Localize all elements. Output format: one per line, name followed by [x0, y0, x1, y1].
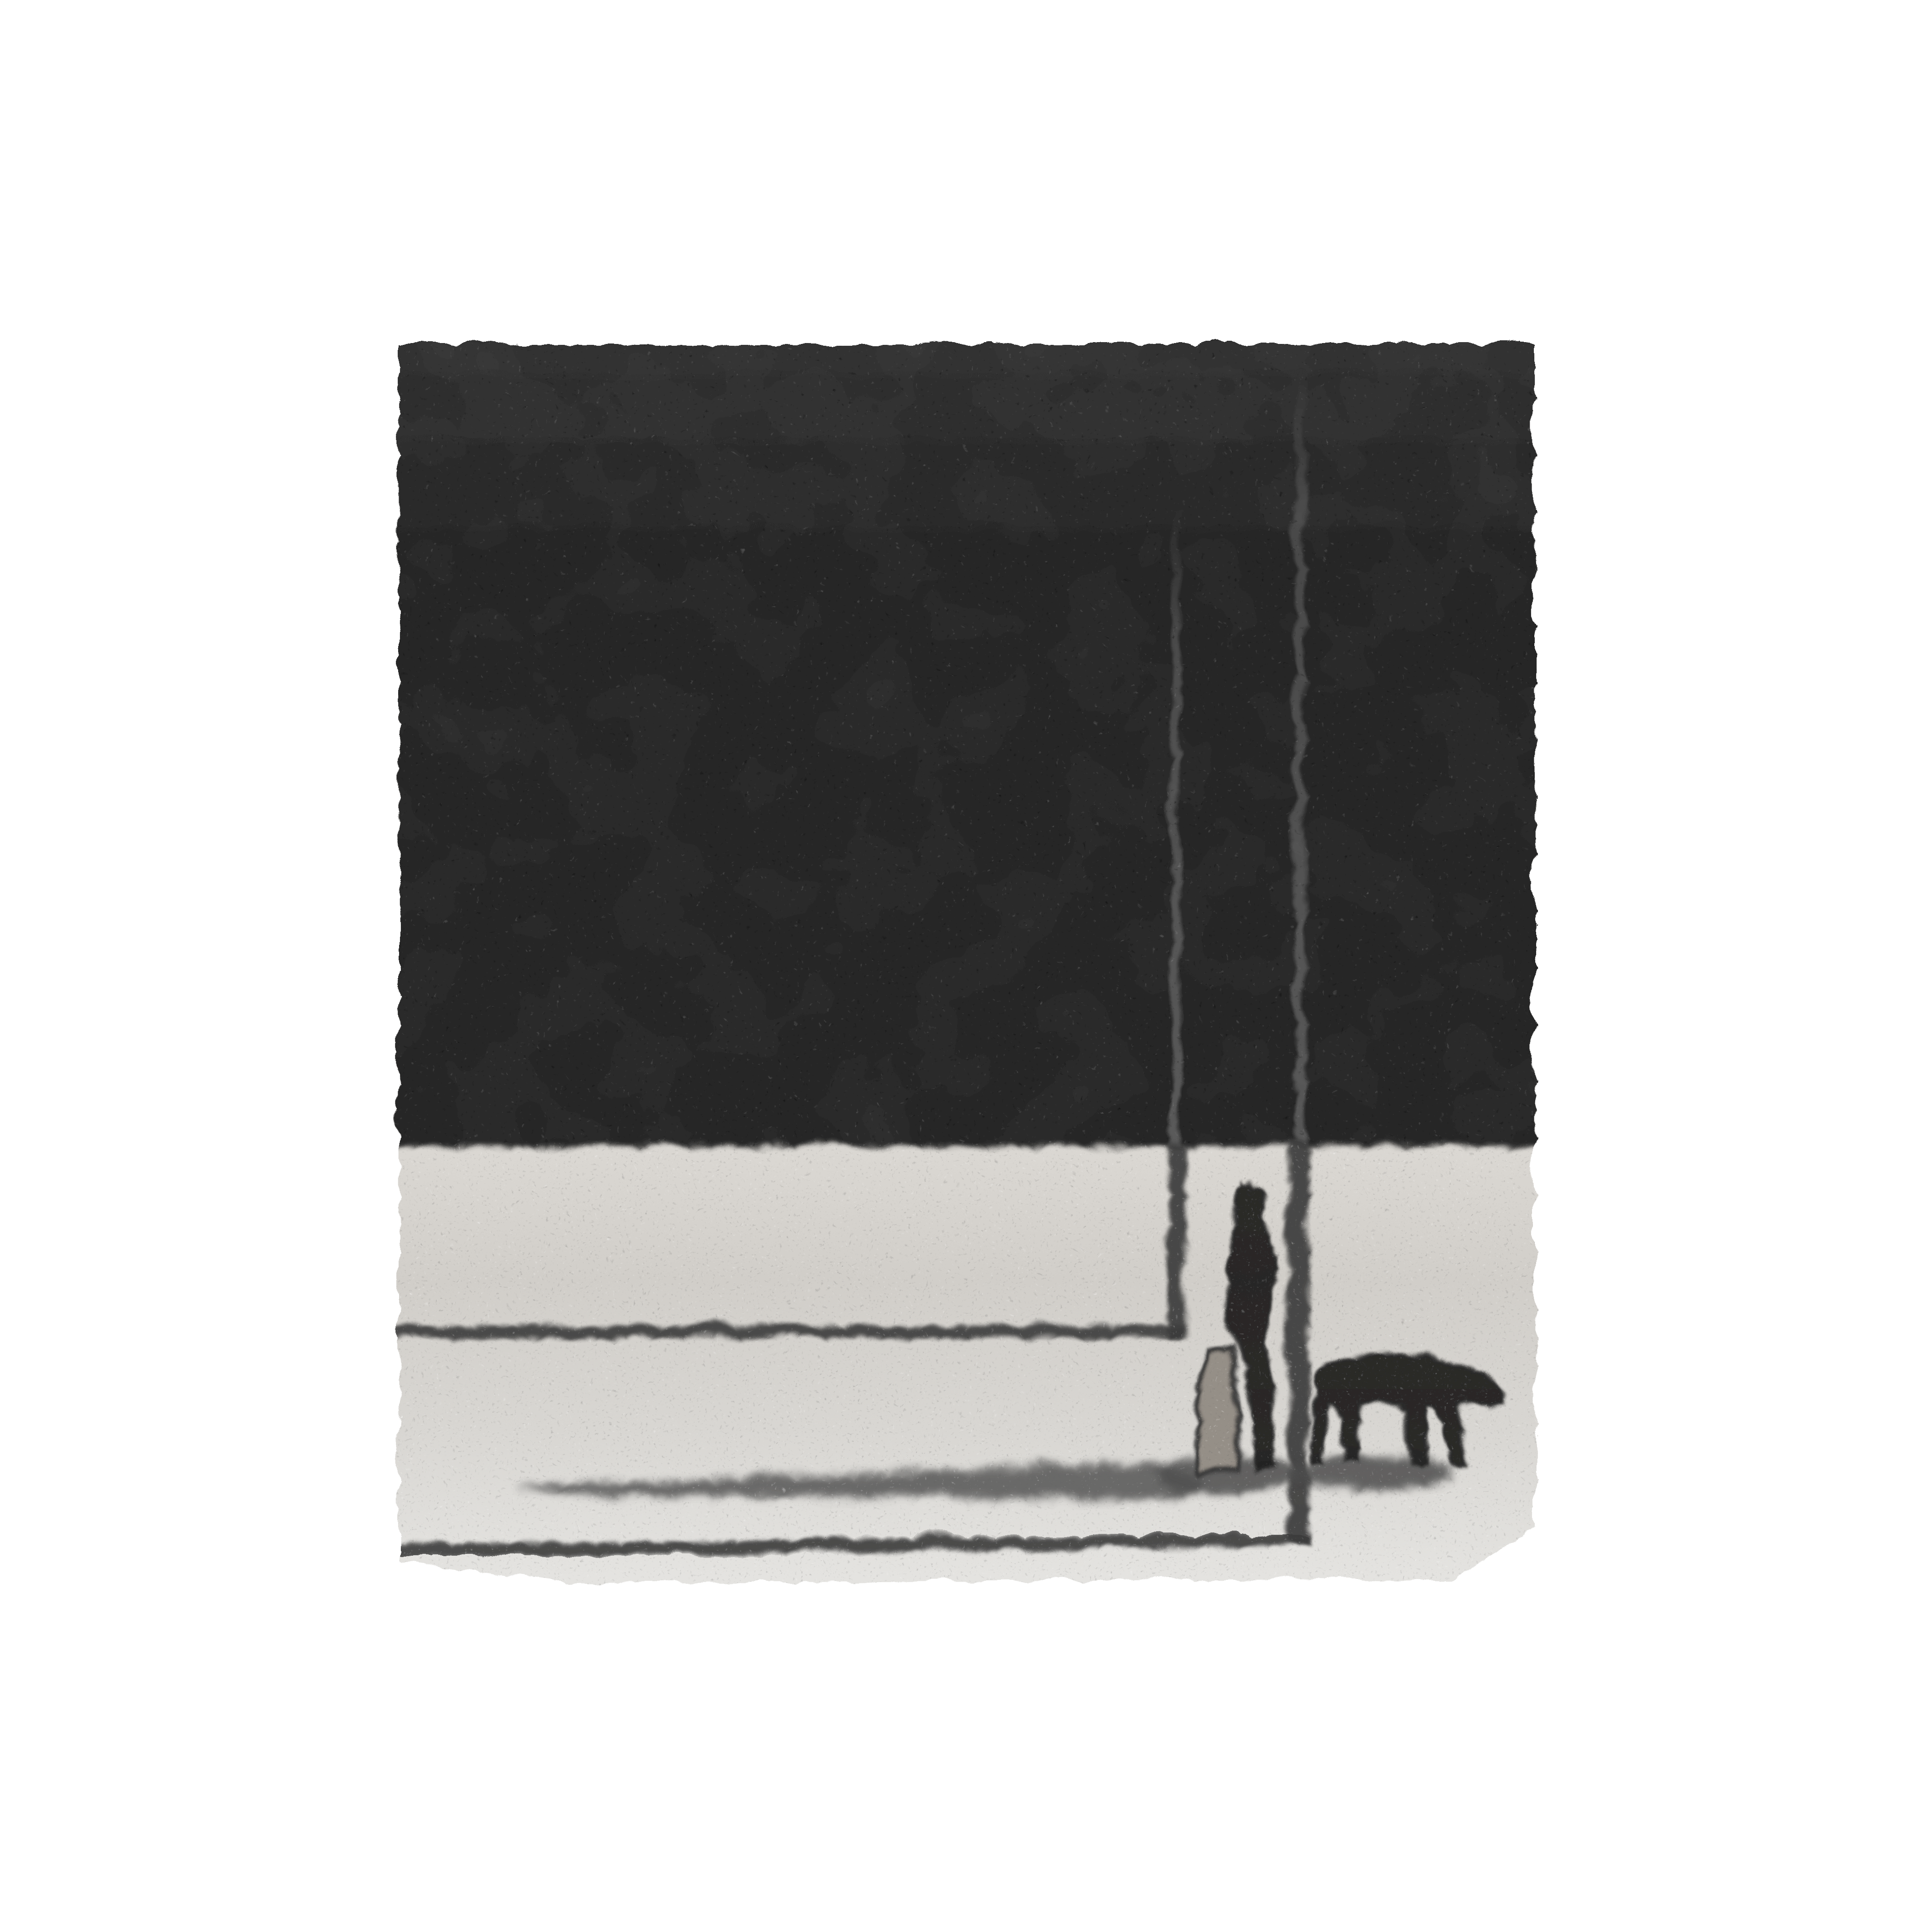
artwork-print-of-person-and-dog: Figure with dog and long shadows — monoc… [0, 0, 1932, 1932]
sky-grain-dark-specks [364, 319, 1567, 1143]
print-sheet [355, 292, 1585, 1604]
artwork-page: Figure with dog and long shadows — monoc… [0, 0, 1932, 1932]
ground-grain-light-specks [364, 1139, 1567, 1585]
